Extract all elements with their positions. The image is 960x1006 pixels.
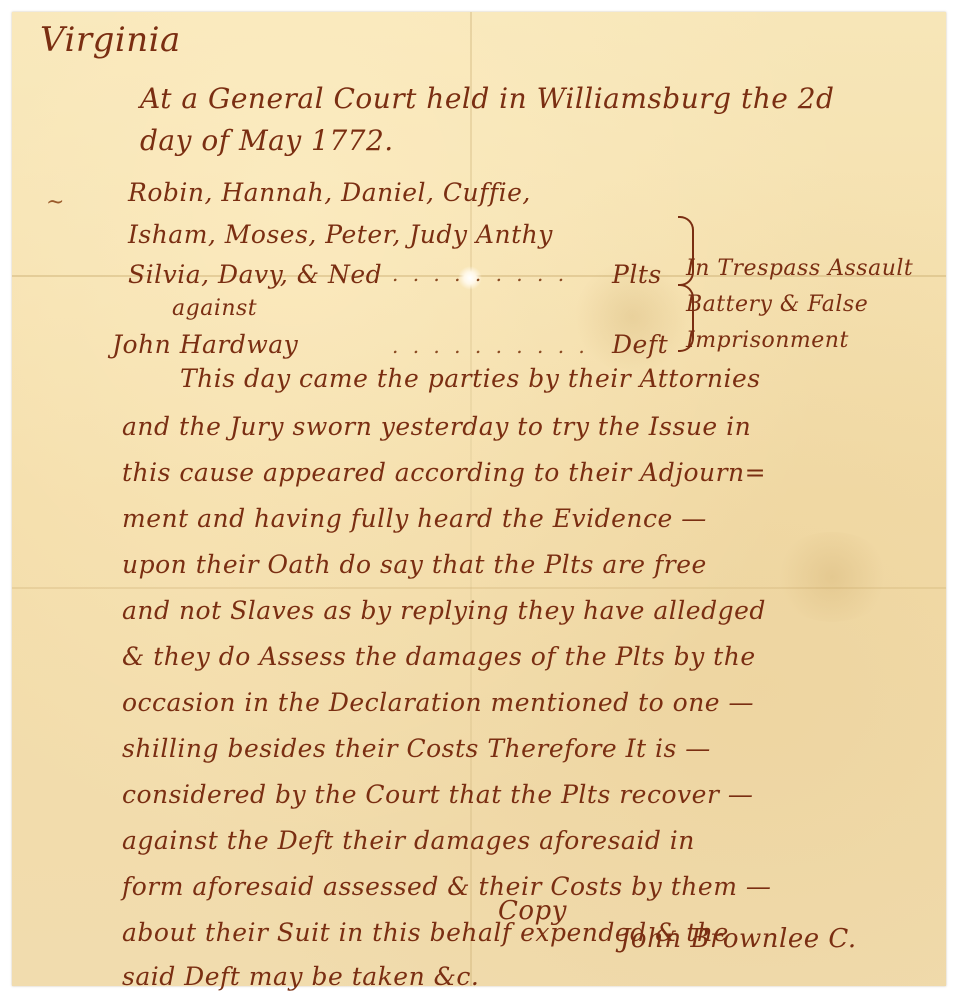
leader-dots: . . . . . . . . . .: [392, 334, 589, 358]
body-line: ment and having fully heard the Evidence…: [122, 504, 707, 533]
body-line: This day came the parties by their Attor…: [180, 364, 761, 393]
body-line: this cause appeared according to their A…: [122, 458, 766, 487]
paper-stain: [772, 532, 892, 622]
manuscript-page: Virginia At a General Court held in Will…: [12, 12, 946, 986]
clerk-signature: John Brownlee C.: [620, 924, 857, 954]
action-line-3: Imprisonment: [686, 328, 849, 353]
body-line: against the Deft their damages aforesaid…: [122, 826, 695, 855]
action-line-2: Battery & False: [686, 292, 868, 317]
plaintiffs-line-2: Isham, Moses, Peter, Judy Anthy: [128, 220, 553, 249]
body-line: occasion in the Declaration mentioned to…: [122, 688, 754, 717]
plaintiffs-line-1: Robin, Hannah, Daniel, Cuffie,: [128, 178, 531, 207]
plaintiffs-label: Plts: [612, 260, 662, 289]
action-line-1: In Trespass Assault: [686, 256, 913, 281]
copy-label: Copy: [498, 896, 567, 926]
margin-mark: ~: [46, 190, 65, 215]
leader-dots: . . . . . . . . .: [392, 262, 568, 286]
body-line: and the Jury sworn yesterday to try the …: [122, 412, 751, 441]
body-line: said Deft may be taken &c.: [122, 962, 479, 991]
body-line: form aforesaid assessed & their Costs by…: [122, 872, 771, 901]
plaintiffs-line-3: Silvia, Davy, & Ned: [128, 260, 382, 289]
court-line-2: day of May 1772.: [140, 124, 394, 157]
body-line: shilling besides their Costs Therefore I…: [122, 734, 711, 763]
versus-label: against: [172, 296, 257, 321]
body-line: & they do Assess the damages of the Plts…: [122, 642, 756, 671]
body-line: and not Slaves as by replying they have …: [122, 596, 766, 625]
body-line: considered by the Court that the Plts re…: [122, 780, 753, 809]
defendant-label: Deft: [612, 330, 668, 359]
defendant-name: John Hardway: [112, 330, 298, 359]
court-line-1: At a General Court held in Williamsburg …: [140, 82, 834, 115]
body-line: upon their Oath do say that the Plts are…: [122, 550, 707, 579]
heading-virginia: Virginia: [40, 20, 181, 60]
